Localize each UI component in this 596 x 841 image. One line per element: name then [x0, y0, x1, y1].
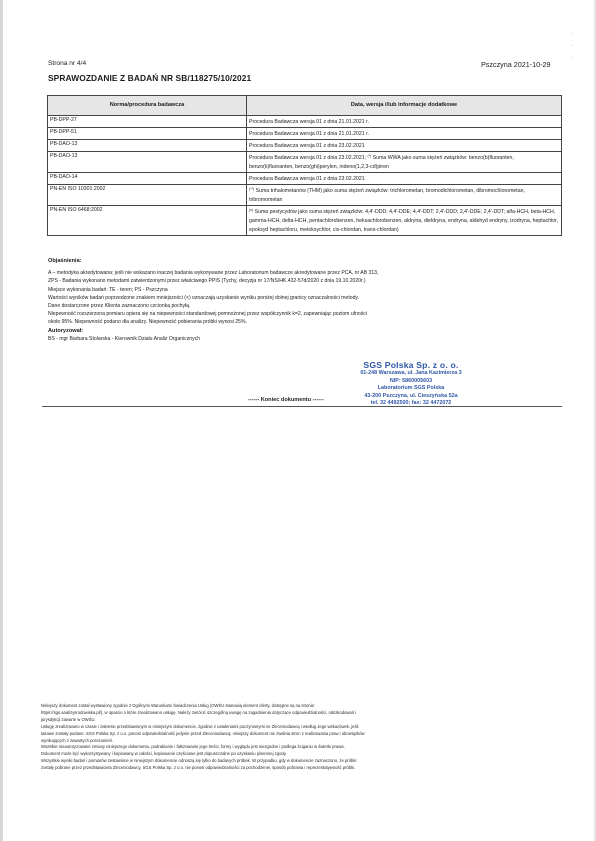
stamp-lab: Laboratorium SGS Polska	[286, 385, 536, 393]
table-row: PB-DPP-27Procedura Badawcza wersja 01 z …	[48, 116, 562, 128]
table-row: PN-EN ISO 10301:2002(**) Suma trihalomet…	[48, 185, 562, 206]
table-row: PB-DAO-13Procedura Badawcza wersja 01 z …	[48, 140, 562, 152]
norm-cell: PB-DAO-14	[48, 173, 247, 185]
norm-cell: PN-EN ISO 10301:2002	[48, 185, 247, 206]
footer-line: Dokument może być wykorzystywany i kopio…	[41, 751, 571, 758]
explanation-line: A – metodyka akredytowana; jeśli nie wsk…	[48, 269, 558, 277]
norm-cell: PB-DPP-27	[48, 116, 247, 128]
info-cell: Procedura Badawcza wersja 01 z dnia 23.0…	[247, 173, 562, 185]
stamp-company: SGS Polska Sp. z o. o.	[286, 360, 536, 370]
divider	[42, 406, 562, 407]
explanation-line: ZPS - Badania wykonano metodami zatwierd…	[48, 277, 558, 285]
legal-footer: Niniejszy dokument został wystawiony zgo…	[41, 703, 571, 772]
info-cell: Procedura Badawcza wersja 01 z dnia 21.0…	[247, 116, 562, 128]
info-text: Procedura Badawcza wersja 01 z dnia 23.0…	[249, 143, 365, 149]
explanations-list: A – metodyka akredytowana; jeśli nie wsk…	[48, 269, 558, 326]
table-row: PB-DAO-13Procedura Badawcza wersja 01 z …	[48, 152, 562, 173]
norm-cell: PN-EN ISO 6468:2002	[48, 206, 247, 236]
scan-marks: ···	[571, 28, 573, 64]
info-cell: Procedura Badawcza wersja 01 z dnia 23.0…	[247, 140, 562, 152]
authorized-person: BS - mgr Barbara Stolarska - Kierownik D…	[48, 335, 558, 343]
column-header-norm: Norma/procedura badawcza	[48, 96, 247, 116]
stamp-nip: NIP: 5860005603	[286, 378, 536, 386]
report-title: SPRAWOZDANIE Z BADAŃ NR SB/118275/10/202…	[48, 73, 251, 83]
explanation-line: około 95%. Niepewność podano dla analizy…	[48, 318, 558, 326]
footer-line: Wszystkie wyniki badań i pomiarów zestaw…	[41, 758, 571, 765]
table-row: PN-EN ISO 6468:2002(x) Suma pestycydów j…	[48, 206, 562, 236]
explanation-line: Miejsce wykonania badań: TE - teren; PS …	[48, 286, 558, 294]
footer-line: https://sgs.analizysrodowiska.pl/), w op…	[41, 710, 571, 717]
authorized-heading: Autoryzował:	[48, 327, 558, 335]
table-body: PB-DPP-27Procedura Badawcza wersja 01 z …	[48, 116, 562, 236]
info-detail: Suma trihalometanów (THM) jako suma stęż…	[249, 188, 525, 203]
norm-cell: PB-DAO-13	[48, 140, 247, 152]
footer-line: Usługę zrealizowano w czasie i zakresie …	[41, 724, 571, 731]
info-text: Procedura Badawcza wersja 01 z dnia 21.0…	[249, 131, 369, 137]
explanation-line: Niepewność rozszerzona pomiaru opiera si…	[48, 310, 558, 318]
table-header-row: Norma/procedura badawcza Data, wersja i/…	[48, 96, 562, 116]
page-edge-left	[0, 0, 3, 841]
info-cell: Procedura Badawcza wersja 01 z dnia 21.0…	[247, 128, 562, 140]
norm-cell: PB-DAO-13	[48, 152, 247, 173]
footer-line: jurysdykcji zawarte w OWŚU.	[41, 717, 571, 724]
explanations-heading: Objaśnienia:	[48, 257, 558, 265]
place-date: Pszczyna 2021-10-29	[481, 60, 551, 69]
norm-cell: PB-DPP-51	[48, 128, 247, 140]
explanation-line: Dane dostarczone przez Klienta zaznaczon…	[48, 302, 558, 310]
stamp-address: 01-248 Warszawa, ul. Jana Kazimierza 3	[286, 370, 536, 378]
column-header-info: Data, wersja i/lub informacje dodatkowe	[247, 96, 562, 116]
footer-line: takowe zostały podane. SGS Polska Sp. z …	[41, 731, 571, 738]
info-cell: Procedura Badawcza wersja 01 z dnia 23.0…	[247, 152, 562, 173]
info-text: Procedura Badawcza wersja 01 z dnia 23.0…	[249, 176, 365, 182]
info-text: Procedura Badawcza wersja 01 z dnia 23.0…	[249, 155, 368, 161]
methods-table: Norma/procedura badawcza Data, wersja i/…	[47, 95, 562, 236]
explanations-section: Objaśnienia: A – metodyka akredytowana; …	[48, 257, 558, 343]
footer-line: Niniejszy dokument został wystawiony zgo…	[41, 703, 571, 710]
end-of-document: ------ Koniec dokumentu ------	[248, 397, 324, 403]
footer-line: Wszelkie nieautoryzowane zmiany niniejsz…	[41, 744, 571, 751]
info-cell: (**) Suma trihalometanów (THM) jako suma…	[247, 185, 562, 206]
info-text: Procedura Badawcza wersja 01 z dnia 21.0…	[249, 119, 369, 125]
page-number: Strona nr 4/4	[48, 60, 86, 67]
info-cell: (x) Suma pestycydów jako suma stężeń zwi…	[247, 206, 562, 236]
footer-line: zostały pobrane przez przedstawiciela Zl…	[41, 765, 571, 772]
info-detail: Suma pestycydów jako suma stężeń związkó…	[249, 209, 558, 233]
table-row: PB-DPP-51Procedura Badawcza wersja 01 z …	[48, 128, 562, 140]
footer-line: wynikających z zawartych porozumień.	[41, 738, 571, 745]
table-row: PB-DAO-14Procedura Badawcza wersja 01 z …	[48, 173, 562, 185]
explanation-line: Wartości wyników badań poprzedzone znaki…	[48, 294, 558, 302]
